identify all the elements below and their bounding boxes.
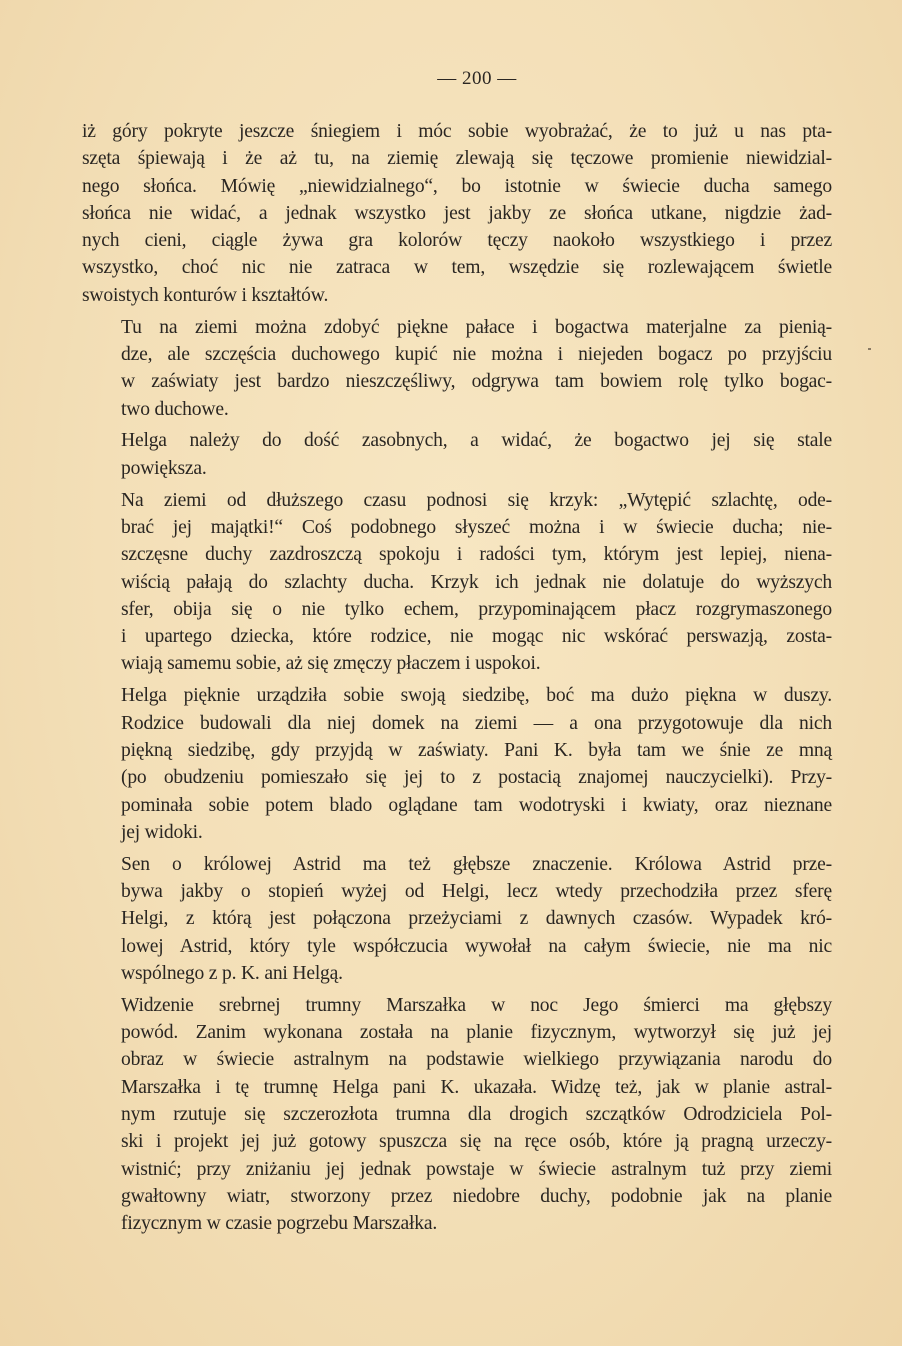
text-line: Rodzice budowali dla niej domek na ziemi…: [82, 710, 832, 737]
text-line: lowej Astrid, który tyle współczucia wyw…: [82, 933, 832, 960]
text-line: powód. Zanim wykonana została na planie …: [82, 1019, 832, 1046]
margin-speck: [868, 348, 871, 350]
text-line: wiścią pałają do szlachty ducha. Krzyk i…: [82, 569, 832, 596]
paragraph: Sen o królowej Astrid ma też głębsze zna…: [82, 851, 832, 987]
body-text: iż góry pokryte jeszcze śniegiem i móc s…: [82, 118, 832, 1237]
text-line: pominała sobie potem blado oglądane tam …: [82, 792, 832, 819]
text-line: jej widoki.: [82, 819, 832, 846]
text-line: nego słońca. Mówię „niewidzialnego“, bo …: [82, 173, 832, 200]
text-line: ski i projekt jej już gotowy spuszcza si…: [82, 1128, 832, 1155]
text-line: iż góry pokryte jeszcze śniegiem i móc s…: [82, 118, 832, 145]
text-line: wszystko, choć nic nie zatraca w tem, ws…: [82, 254, 832, 281]
paragraph: Na ziemi od dłuższego czasu podnosi się …: [82, 487, 832, 678]
paragraph: iż góry pokryte jeszcze śniegiem i móc s…: [82, 118, 832, 309]
text-line: Helga pięknie urządziła sobie swoją sied…: [82, 682, 832, 709]
text-line: Helga należy do dość zasobnych, a widać,…: [82, 427, 832, 454]
text-line: i upartego dziecka, które rodzice, nie m…: [82, 623, 832, 650]
text-line: bywa jakby o stopień wyżej od Helgi, lec…: [82, 878, 832, 905]
text-line: two duchowe.: [82, 396, 832, 423]
text-line: Widzenie srebrnej trumny Marszałka w noc…: [82, 992, 832, 1019]
paragraph: Helga pięknie urządziła sobie swoją sied…: [82, 682, 832, 846]
text-line: powiększa.: [82, 455, 832, 482]
text-line: szczęsne duchy zazdroszczą spokoju i rad…: [82, 541, 832, 568]
text-line: w zaświaty jest bardzo nieszczęśliwy, od…: [82, 368, 832, 395]
text-line: fizycznym w czasie pogrzebu Marszałka.: [82, 1210, 832, 1237]
text-line: szęta śpiewają i że aż tu, na ziemię zle…: [82, 145, 832, 172]
text-line: Marszałka i tę trumnę Helga pani K. ukaz…: [82, 1074, 832, 1101]
text-line: Sen o królowej Astrid ma też głębsze zna…: [82, 851, 832, 878]
text-line: słońca nie widać, a jednak wszystko jest…: [82, 200, 832, 227]
page-number: — 200 —: [122, 68, 832, 98]
text-line: (po obudzeniu pomieszało się jej to z po…: [82, 764, 832, 791]
text-line: dze, ale szczęścia duchowego kupić nie m…: [82, 341, 832, 368]
book-page: — 200 — iż góry pokryte jeszcze śniegiem…: [82, 68, 832, 1242]
text-line: brać jej majątki!“ Coś podobnego słyszeć…: [82, 514, 832, 541]
text-line: wistnić; przy zniżaniu jej jednak powsta…: [82, 1156, 832, 1183]
paragraph: Tu na ziemi można zdobyć piękne pałace i…: [82, 314, 832, 423]
paragraph: Widzenie srebrnej trumny Marszałka w noc…: [82, 992, 832, 1238]
text-line: piękną siedzibę, gdy przyjdą w zaświaty.…: [82, 737, 832, 764]
text-line: gwałtowny wiatr, stworzony przez niedobr…: [82, 1183, 832, 1210]
text-line: Helgi, z którą jest połączona przeżyciam…: [82, 905, 832, 932]
text-line: swoistych konturów i kształtów.: [82, 282, 832, 309]
text-line: Na ziemi od dłuższego czasu podnosi się …: [82, 487, 832, 514]
paragraph: Helga należy do dość zasobnych, a widać,…: [82, 427, 832, 482]
text-line: obraz w świecie astralnym na podstawie w…: [82, 1046, 832, 1073]
text-line: wspólnego z p. K. ani Helgą.: [82, 960, 832, 987]
text-line: sfer, obija się o nie tylko echem, przyp…: [82, 596, 832, 623]
text-line: nym rzutuje się szczerozłota trumna dla …: [82, 1101, 832, 1128]
text-line: Tu na ziemi można zdobyć piękne pałace i…: [82, 314, 832, 341]
text-line: wiają samemu sobie, aż się zmęczy płacze…: [82, 650, 832, 677]
text-line: nych cieni, ciągle żywa gra kolorów tęcz…: [82, 227, 832, 254]
